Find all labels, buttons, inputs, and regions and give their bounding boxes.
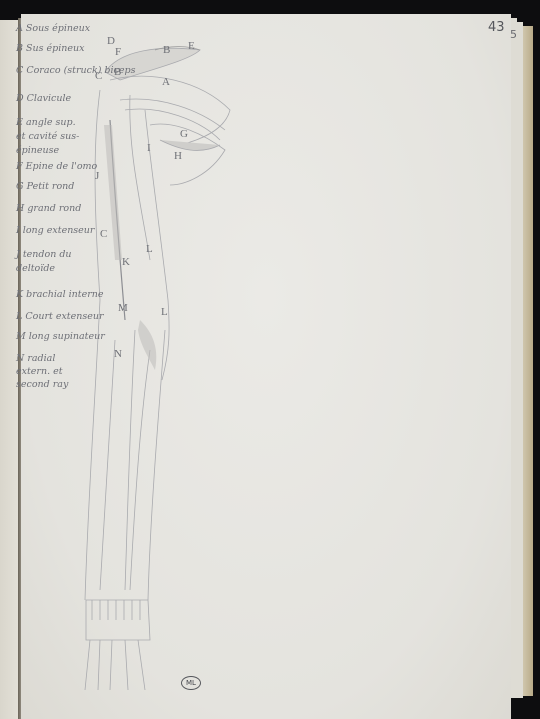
legend-item-g: G Petit rond <box>16 182 74 192</box>
drawing-label-h: H <box>174 150 182 162</box>
drawing-label-e: E <box>188 40 195 52</box>
legend-item-f: F Epine de l'omo <box>16 162 97 172</box>
drawing-label-b2: B <box>114 66 121 78</box>
legend-item-h: H grand rond <box>16 204 81 214</box>
drawing-label-b: B <box>163 44 170 56</box>
drawing-label-a: A <box>162 76 170 88</box>
drawing-label-g: G <box>180 128 188 140</box>
legend-item-d: D Clavicule <box>16 94 71 104</box>
legend-item-a: A Sous épineux <box>16 24 90 34</box>
legend-item-i: I long extenseur <box>16 226 94 236</box>
drawing-label-f: F <box>115 46 121 58</box>
legend-item-n: N radial extern. et second ray <box>16 352 91 391</box>
drawing-label-l: L <box>146 243 153 255</box>
drawing-label-k: K <box>122 256 130 268</box>
legend-item-l: L Court extenseur <box>16 312 104 322</box>
drawing-label-c2: C <box>100 228 107 240</box>
library-stamp: ML <box>181 676 201 690</box>
drawing-label-d: D <box>107 35 115 47</box>
drawing-label-m: M <box>118 302 128 314</box>
legend-item-j: J tendon du deltoïde <box>16 248 86 276</box>
drawing-label-l2: L <box>161 306 168 318</box>
legend-item-m: M long supinateur <box>16 332 105 342</box>
legend-item-b: B Sus épineux <box>16 44 85 54</box>
legend-item-e: E angle sup. et cavité sus-épineuse <box>16 116 84 158</box>
drawing-label-c: C <box>95 70 102 82</box>
legend-item-k: K brachial interne <box>16 290 104 300</box>
drawing-label-j: J <box>95 170 99 182</box>
drawing-label-n: N <box>114 348 122 360</box>
drawing-label-i: I <box>147 142 151 154</box>
